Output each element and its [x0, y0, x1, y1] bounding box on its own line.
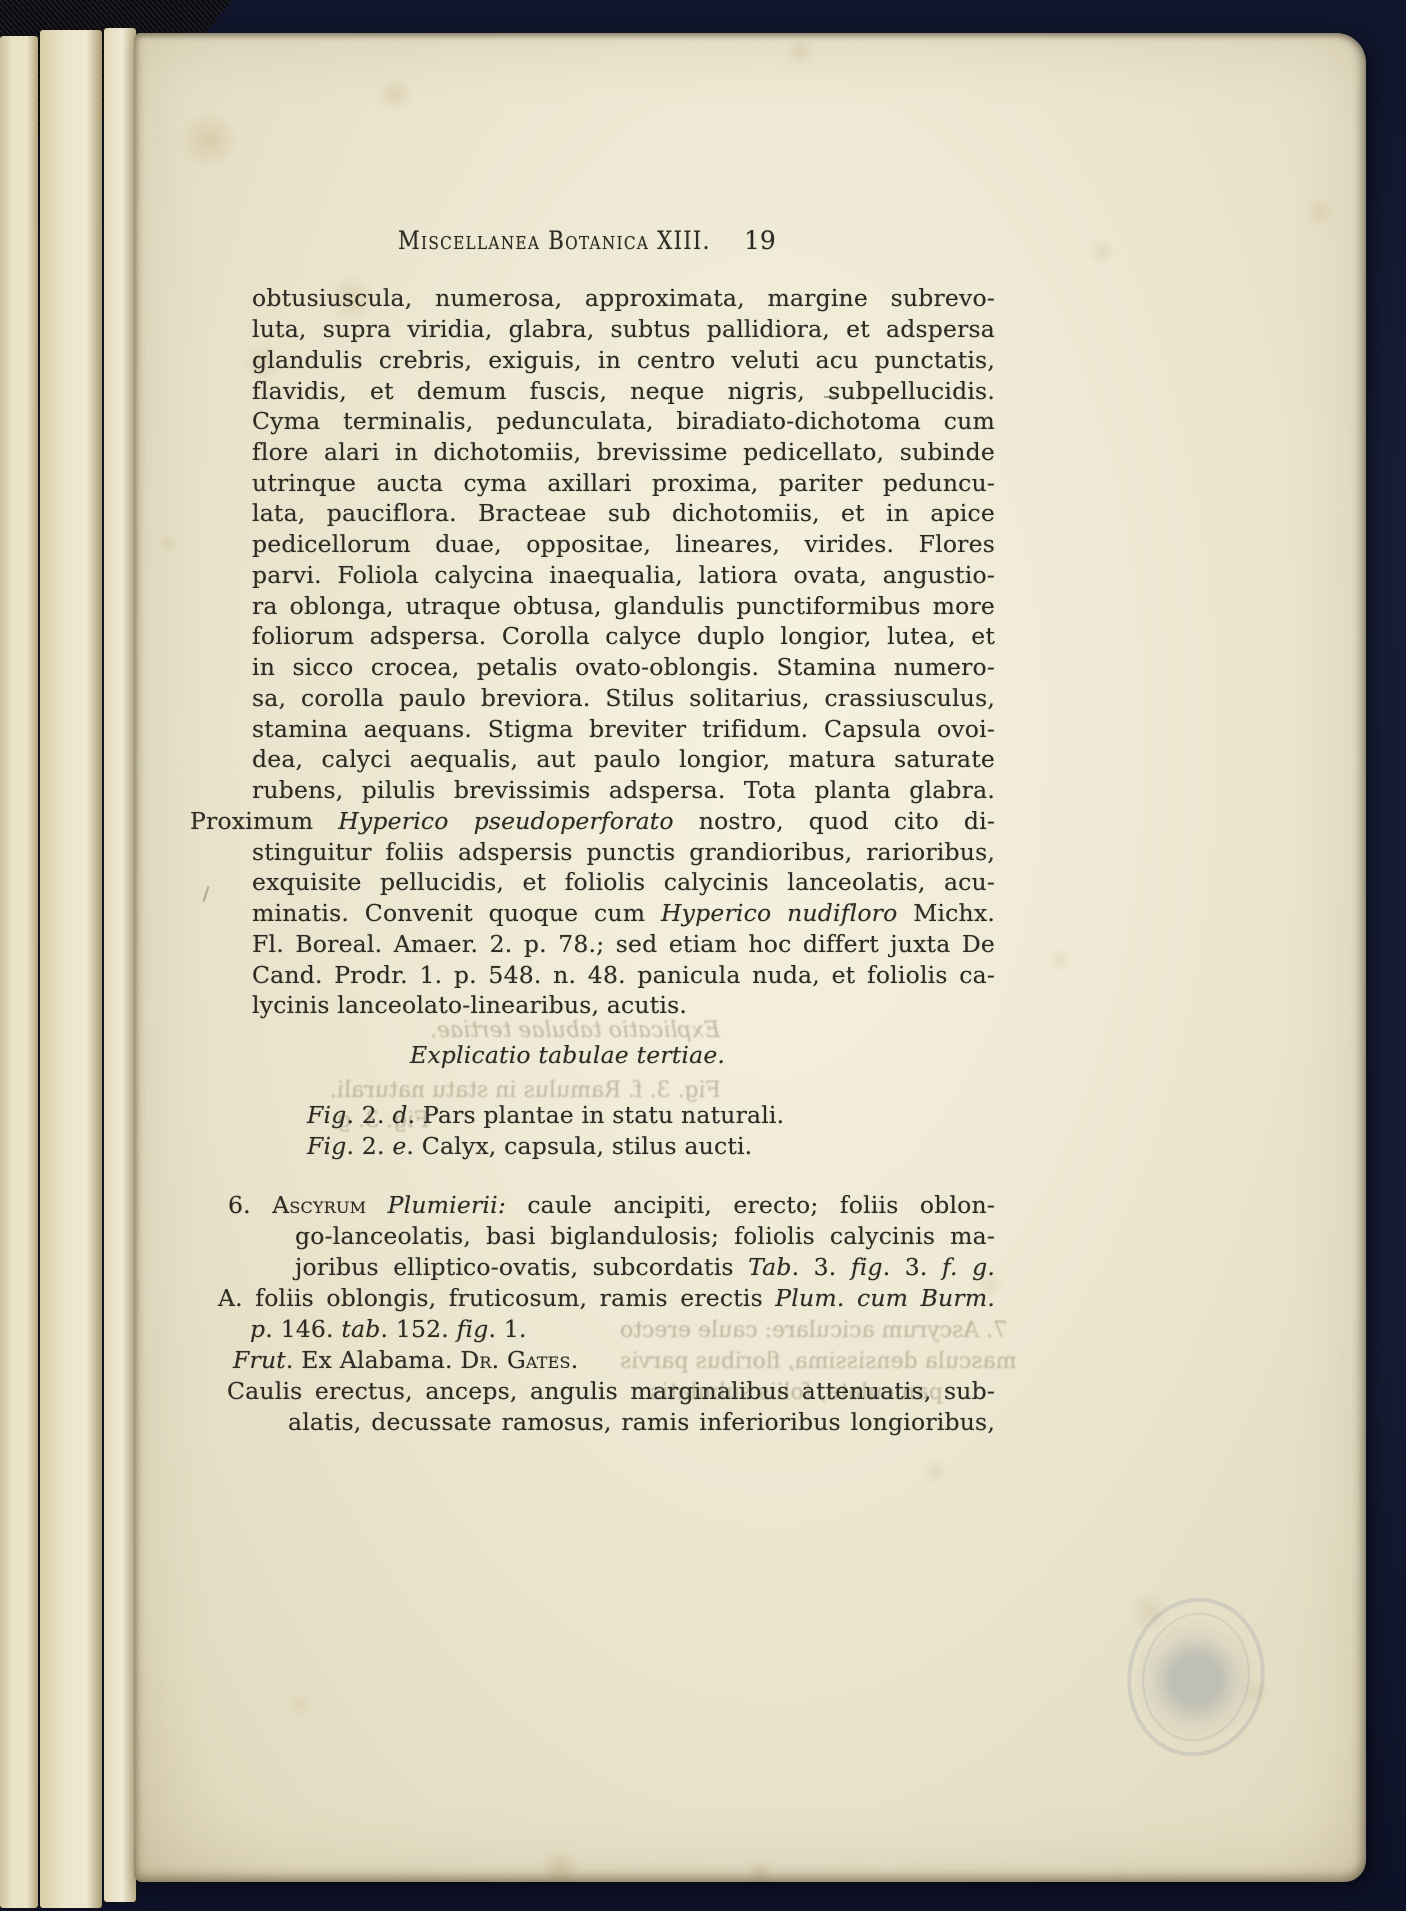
- library-stamp-inner-ring: [1134, 1605, 1259, 1748]
- margin-mark: [824, 396, 838, 398]
- page-edge-strip: [40, 30, 102, 1908]
- page-edge-strip: [104, 28, 136, 1902]
- book-page-photo: Explicatio tabulae tertiae.Fig. 3. f. Ra…: [0, 0, 1406, 1911]
- page-edge-strip: [0, 36, 38, 1908]
